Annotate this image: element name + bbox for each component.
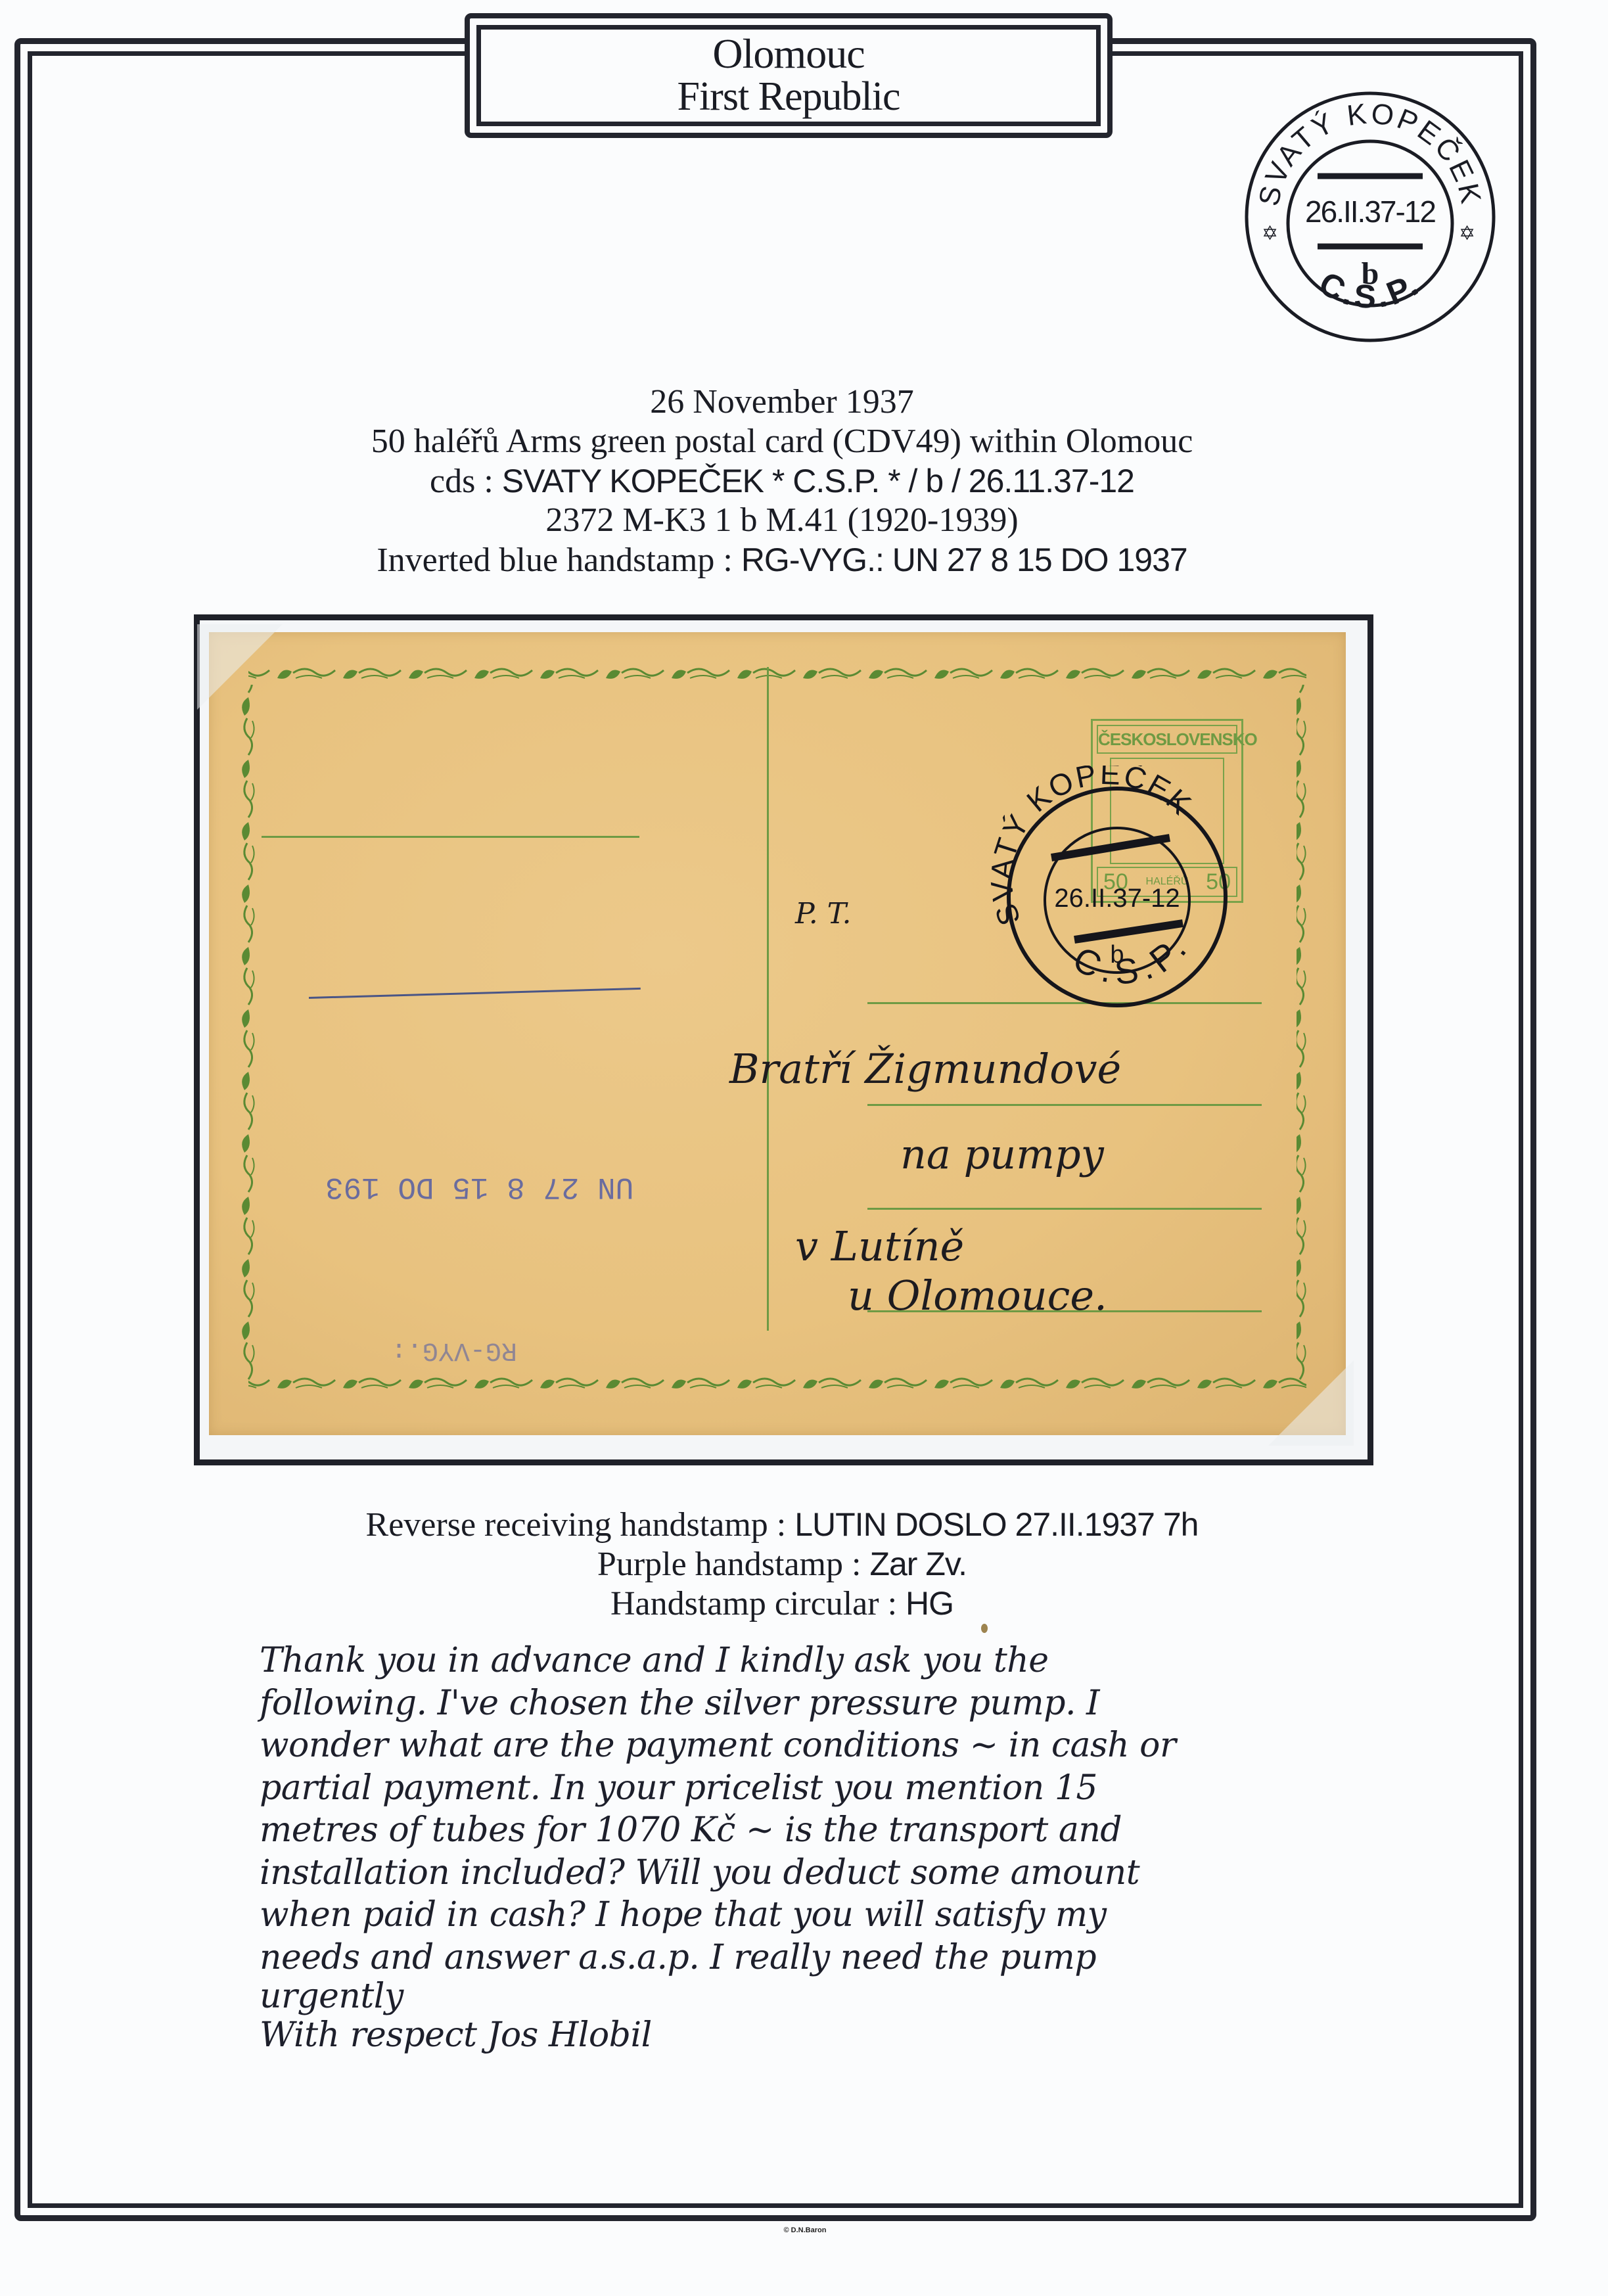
- caption-circular-label: Handstamp circular :: [610, 1585, 906, 1622]
- cds-cancellation: SVATÝ KOPEČEK 26.II.37-12 b C.S.P.: [986, 766, 1249, 1028]
- description-handstamp: Inverted blue handstamp : RG-VYG.: UN 27…: [197, 540, 1367, 580]
- caption-purple-label: Purple handstamp :: [597, 1546, 870, 1583]
- description-catalogue: 2372 M-K3 1 b M.41 (1920-1939): [197, 501, 1367, 540]
- caption-circular-value: HG: [906, 1585, 953, 1622]
- letter-line: following. I've chosen the silver pressu…: [260, 1682, 1311, 1725]
- letter-line: needs and answer a.s.a.p. I really need …: [260, 1937, 1311, 1979]
- title-box: Olomouc First Republic: [465, 13, 1113, 138]
- card-divider-line: [767, 667, 769, 1331]
- star-icon: ✡: [1459, 223, 1475, 244]
- page-title: Olomouc: [712, 33, 864, 75]
- description-handstamp-label: Inverted blue handstamp :: [377, 541, 741, 579]
- card-message-rule: [262, 836, 639, 838]
- star-icon: ✡: [1262, 223, 1278, 244]
- address-rule: [867, 1104, 1262, 1106]
- letter-signature: With respect Jos Hlobil: [260, 2014, 1311, 2057]
- caption-receiving-label: Reverse receiving handstamp :: [366, 1506, 795, 1544]
- address-rule: [867, 1208, 1262, 1210]
- page-subtitle: First Republic: [677, 75, 900, 118]
- description-date: 26 November 1937: [197, 382, 1367, 422]
- letter-line: Thank you in advance and I kindly ask yo…: [260, 1640, 1311, 1682]
- description-handstamp-value: RG-VYG.: UN 27 8 15 DO 1937: [741, 541, 1187, 578]
- title-box-inner: Olomouc First Republic: [476, 25, 1101, 126]
- address-line-3: v Lutíně: [795, 1222, 964, 1270]
- stamp-country: ČESKOSLOVENSKO: [1097, 725, 1237, 754]
- address-salutation: P. T.: [795, 897, 852, 930]
- cancel-date: 26.II.37-12: [1054, 884, 1180, 913]
- caption-purple-value: Zar Zv.: [869, 1546, 967, 1582]
- description-cds-label: cds :: [430, 463, 502, 500]
- copyright: © D.N.Baron: [657, 2226, 953, 2234]
- letter-line: when paid in cash? I hope that you will …: [260, 1894, 1311, 1937]
- caption-receiving: Reverse receiving handstamp : LUTIN DOSL…: [197, 1505, 1367, 1545]
- letter-line: wonder what are the payment conditions ~…: [260, 1724, 1311, 1767]
- blue-handstamp-date: UN 27 8 15 DO 193: [325, 1170, 633, 1204]
- cds-date: 26.II.37-12: [1305, 195, 1435, 229]
- smudge-mark: [981, 1624, 988, 1633]
- description-cds-value: SVATY KOPEČEK * C.S.P. * / b / 26.11.37-…: [502, 463, 1134, 499]
- letter-line: installation included? Will you deduct s…: [260, 1852, 1311, 1894]
- description-item: 50 haléřů Arms green postal card (CDV49)…: [197, 422, 1367, 461]
- letter-line: urgently: [260, 1979, 1311, 2014]
- letter-line: partial payment. In your pricelist you m…: [260, 1767, 1311, 1810]
- address-line-4: u Olomouce.: [848, 1272, 1107, 1320]
- description-cds: cds : SVATY KOPEČEK * C.S.P. * / b / 26.…: [197, 461, 1367, 501]
- caption-receiving-value: LUTIN DOSLO 27.II.1937 7h: [794, 1506, 1198, 1543]
- blue-handstamp-office: RG-VYG.:: [391, 1335, 517, 1365]
- address-line-2: na pumpy: [900, 1130, 1104, 1178]
- address-line-1: Bratří Žigmundové: [729, 1045, 1121, 1093]
- cds-outer-text: SVATÝ KOPEČEK: [1252, 97, 1487, 208]
- cds-postmark-illustration: SVATÝ KOPEČEK 26.II.37-12 b C.S.P. ✡ ✡: [1239, 85, 1502, 348]
- caption-circular: Handstamp circular : HG: [197, 1584, 1367, 1624]
- letter-line: metres of tubes for 1070 Kč ~ is the tra…: [260, 1809, 1311, 1852]
- letter-translation: Thank you in advance and I kindly ask yo…: [260, 1640, 1311, 2057]
- caption-purple: Purple handstamp : Zar Zv.: [197, 1544, 1367, 1584]
